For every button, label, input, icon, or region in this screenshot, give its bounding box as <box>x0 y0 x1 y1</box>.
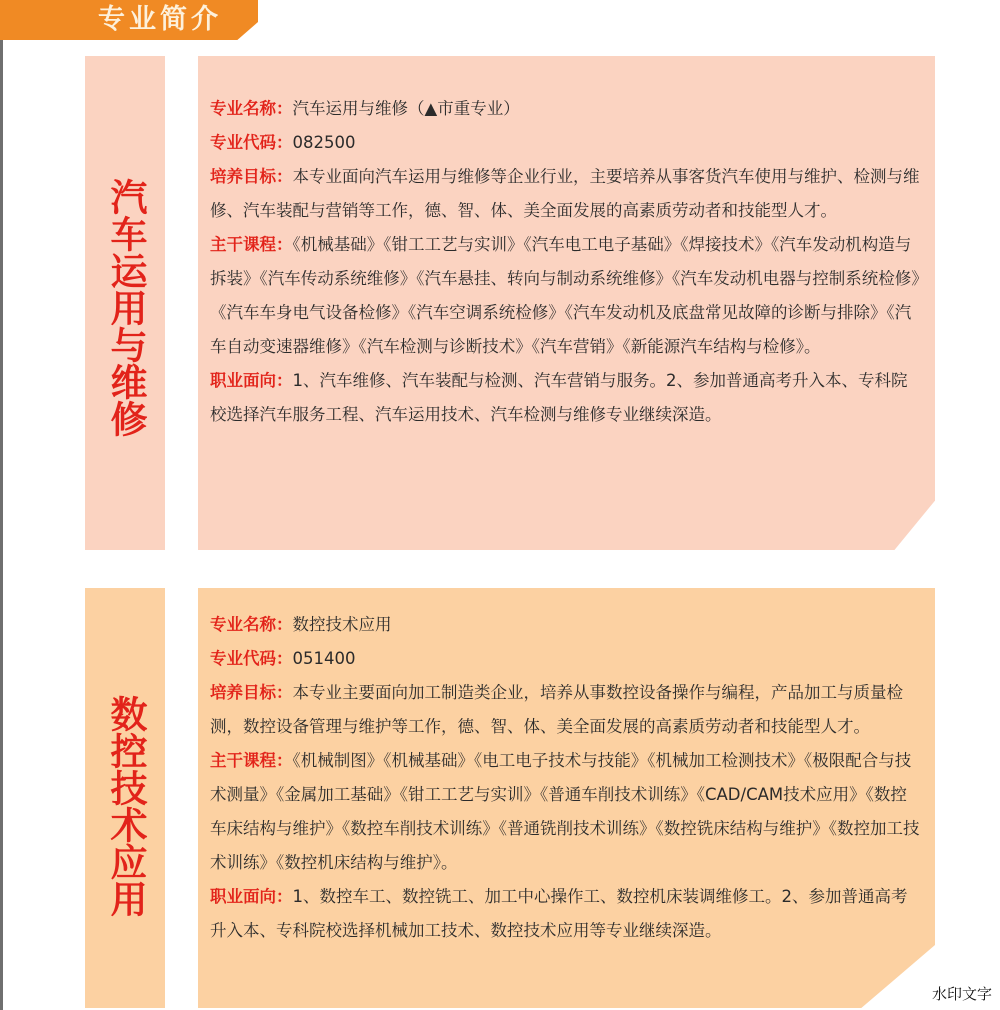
field-major-name: 专业名称：汽车运用与维修（▲市重专业） <box>210 92 921 126</box>
field-value: 《机械基础》《钳工工艺与实训》《汽车电工电子基础》《焊接技术》《汽车发动机构造与… <box>210 235 920 356</box>
field-value: 1、汽车维修、汽车装配与检测、汽车营销与服务。2、参加普通高考升入本、专科院校选… <box>210 371 908 424</box>
field-value: 数控技术应用 <box>293 615 392 634</box>
major-info-card: 专业名称：汽车运用与维修（▲市重专业） 专业代码：082500 培养目标：本专业… <box>198 56 935 550</box>
field-label: 培养目标： <box>210 683 293 702</box>
field-career-direction: 职业面向：1、汽车维修、汽车装配与检测、汽车营销与服务。2、参加普通高考升入本、… <box>210 364 921 432</box>
major-side-title: 汽车运用与维修 <box>105 178 145 437</box>
major-side-title-panel: 汽车运用与维修 <box>85 56 165 550</box>
field-label: 职业面向： <box>210 371 293 390</box>
field-training-goal: 培养目标：本专业主要面向加工制造类企业，培养从事数控设备操作与编程，产品加工与质… <box>210 676 921 744</box>
field-major-code: 专业代码：082500 <box>210 126 921 160</box>
watermark-text: 水印文字 <box>930 984 994 1004</box>
field-major-name: 专业名称：数控技术应用 <box>210 608 921 642</box>
field-label: 专业代码： <box>210 649 293 668</box>
field-core-courses: 主干课程：《机械基础》《钳工工艺与实训》《汽车电工电子基础》《焊接技术》《汽车发… <box>210 228 921 364</box>
field-value: 本专业面向汽车运用与维修等企业行业，主要培养从事客货汽车使用与维护、检测与维修、… <box>210 167 920 220</box>
field-major-code: 专业代码：051400 <box>210 642 921 676</box>
field-career-direction: 职业面向：1、数控车工、数控铣工、加工中心操作工、数控机床装调维修工。2、参加普… <box>210 880 921 948</box>
field-value: 本专业主要面向加工制造类企业，培养从事数控设备操作与编程，产品加工与质量检测，数… <box>210 683 903 736</box>
field-label: 专业名称： <box>210 615 293 634</box>
section-header-title: 专业简介 <box>98 2 222 38</box>
major-info-card: 专业名称：数控技术应用 专业代码：051400 培养目标：本专业主要面向加工制造… <box>198 588 935 1008</box>
section-header-banner: 专业简介 <box>0 0 258 40</box>
field-training-goal: 培养目标：本专业面向汽车运用与维修等企业行业，主要培养从事客货汽车使用与维护、检… <box>210 160 921 228</box>
field-label: 主干课程： <box>210 751 293 770</box>
field-label: 主干课程： <box>210 235 293 254</box>
field-value: 082500 <box>293 133 356 152</box>
field-value: 汽车运用与维修（▲市重专业） <box>293 99 520 118</box>
field-label: 专业名称： <box>210 99 293 118</box>
field-label: 职业面向： <box>210 887 293 906</box>
field-value: 《机械制图》《机械基础》《电工电子技术与技能》《机械加工检测技术》《极限配合与技… <box>210 751 920 872</box>
field-core-courses: 主干课程：《机械制图》《机械基础》《电工电子技术与技能》《机械加工检测技术》《极… <box>210 744 921 880</box>
field-label: 专业代码： <box>210 133 293 152</box>
left-border-line <box>0 36 3 1010</box>
field-value: 1、数控车工、数控铣工、加工中心操作工、数控机床装调维修工。2、参加普通高考升入… <box>210 887 908 940</box>
field-value: 051400 <box>293 649 356 668</box>
major-side-title: 数控技术应用 <box>105 695 145 917</box>
major-side-title-panel: 数控技术应用 <box>85 588 165 1008</box>
field-label: 培养目标： <box>210 167 293 186</box>
